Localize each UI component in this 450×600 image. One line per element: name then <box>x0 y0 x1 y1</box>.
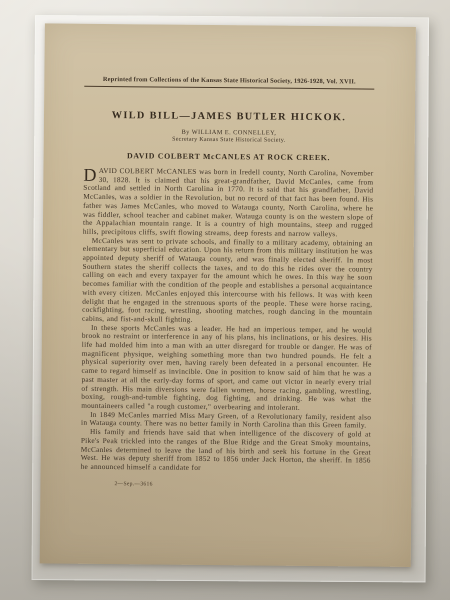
paragraph-2: McCanles was sent to private schools, an… <box>82 236 373 326</box>
printer-signature-mark: 2—Sep.—3616 <box>114 481 370 489</box>
drop-cap: D <box>83 167 98 183</box>
plastic-sleeve: Reprinted from Collections of the Kansas… <box>32 15 429 582</box>
document-page: Reprinted from Collections of the Kansas… <box>40 23 416 567</box>
page-content: Reprinted from Collections of the Kansas… <box>40 23 416 567</box>
photo-background: { "colors": { "background": "#c9c5bc", "… <box>0 0 450 600</box>
header-rule <box>84 86 374 90</box>
paragraph-1: DAVID COLBERT McCANLES was born in Irede… <box>83 167 374 239</box>
article-body: DAVID COLBERT McCANLES was born in Irede… <box>81 167 374 474</box>
section-heading: DAVID COLBERT McCANLES AT ROCK CREEK. <box>84 151 374 163</box>
paragraph-5: His family and friends have said that wh… <box>81 428 371 474</box>
paragraph-3: In these sports McCanles was a leader. H… <box>81 323 372 413</box>
reprint-notice: Reprinted from Collections of the Kansas… <box>84 76 374 86</box>
article-title: WILD BILL—JAMES BUTLER HICKOK. <box>84 110 374 124</box>
paragraph-1-text: AVID COLBERT McCANLES was born in Iredel… <box>83 166 374 238</box>
